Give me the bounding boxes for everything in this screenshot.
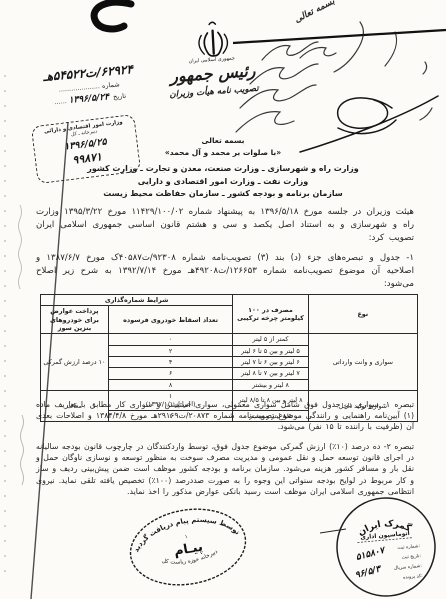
- margin-note-squiggle: [19, 205, 22, 289]
- payam-system-stamp: توسط سیستم پیام دریافت گردید ۱ پیـام دبی…: [118, 495, 259, 599]
- cell-consumption: ۶ لیتر و بین ۶ تا ۷ لیتر: [233, 356, 308, 367]
- reg-no-label: شماره ثبت:: [397, 544, 421, 551]
- col-header-duty: پرداخت عوارض برای خودروهای بنزین سوز: [41, 306, 109, 334]
- scanned-decree-page: ۶۲۹۲۴/ت۵۴۵۲۲هـ شماره ...................…: [0, 0, 446, 599]
- letterhead: جمهوری اسلامی ایران رئیس جمهور تصویب نام…: [141, 52, 285, 102]
- cell-scrappage: ۶: [108, 368, 232, 379]
- reference-block: ۶۲۹۲۴/ت۵۴۵۲۲هـ شماره ...................…: [27, 61, 152, 109]
- customs-stamp: گمرک ایران اتوماسیون اداری شماره ثبت: تا…: [328, 490, 445, 599]
- date-value: ۱۳۹۶/۵/۲۴: [68, 92, 109, 105]
- decree-item-1: ۱- جدول و تبصره‌های جزء (د) بند (۳) تصوی…: [36, 252, 414, 291]
- table-wrapper: نوع مصرف در ۱۰۰ کیلومتر چرخه ترکیبی شرای…: [40, 294, 418, 396]
- decree-note-2: تبصره ۲- ده درصد (۱۰٪) ارزش گمرکی موضوع …: [36, 441, 414, 497]
- cell-scrappage: ۰: [108, 334, 232, 345]
- top-border-line: [233, 30, 446, 43]
- cell-duty-imported: ۱۰ درصد ارزش گمرکی: [41, 334, 109, 391]
- cell-consumption: ۵ لیتر و بین ۵ تا ۶ لیتر: [233, 345, 308, 356]
- margin-note-squiggle-2: [21, 415, 24, 485]
- addressee-ministries: وزارت راه و شهرسازی ـ وزارت صنعت، معدن و…: [48, 163, 398, 201]
- date-label: تاریخ: [113, 92, 127, 101]
- cell-consumption: ۸ لیتر و بیشتر: [233, 379, 308, 390]
- col-header-scrappage: تعداد اسقاط خودروی فرسوده: [108, 306, 232, 334]
- file-label: کد پرونده:: [403, 573, 424, 581]
- cell-consumption: کمتر از ۵ لیتر: [233, 334, 308, 345]
- payam-stamp-mark: ۱: [184, 534, 188, 540]
- cell-scrappage: ۴: [108, 356, 232, 367]
- cell-scrappage: ۲: [108, 345, 232, 356]
- serial-label: شماره سریال:: [394, 564, 423, 571]
- number-dots: ....................: [58, 82, 100, 94]
- reg-date-label: تاریخ ثبت:: [401, 554, 421, 561]
- decree-note-1: تبصره ۱- سواری در جدول فوق شامل سواری مع…: [36, 399, 414, 433]
- cell-scrappage: ۸: [108, 379, 232, 390]
- number-label: شماره: [102, 80, 120, 90]
- invocation-block: بسمه تعالی «با صلوات بر محمد و آل محمد»: [60, 136, 386, 157]
- col-header-conditions: شرایط شماره‌گذاری: [41, 295, 233, 306]
- salawat-line: «با صلوات بر محمد و آل محمد»: [60, 148, 386, 157]
- col-header-consumption: مصرف در ۱۰۰ کیلومتر چرخه ترکیبی: [233, 295, 308, 334]
- iran-emblem-icon: [190, 17, 236, 61]
- reg-date-value: ۹۶/۵/۳: [354, 564, 384, 581]
- col-header-type: نوع: [308, 295, 417, 334]
- addressee-line-3: سازمان برنامه و بودجه کشور ـ سازمان حفاظ…: [48, 188, 398, 201]
- reg-no-value: ۵۱۵۸۰۷: [355, 545, 388, 563]
- decree-preamble: هیئت وزیران در جلسه مورخ ۱۳۹۶/۵/۱۸ به پی…: [36, 206, 414, 245]
- table-row: سواری و وانت وارداتی کمتر از ۵ لیتر ۰ ۱۰…: [41, 334, 418, 345]
- date-dots: ......: [54, 97, 67, 106]
- handwritten-besmellah: بسمه تعالی: [293, 0, 336, 25]
- cell-consumption: ۷ لیتر و بین ۷ تا ۸ لیتر: [233, 368, 308, 379]
- addressee-line-1: وزارت راه و شهرسازی ـ وزارت صنعت، معدن و…: [48, 163, 398, 176]
- cell-type-imported: سواری و وانت وارداتی: [308, 334, 417, 391]
- besmellah-line: بسمه تعالی: [60, 136, 386, 145]
- scan-blob-artifact: [94, 2, 131, 29]
- addressee-line-2: وزارت نفت ـ وزارت امور اقتصادی و دارایی: [48, 176, 398, 189]
